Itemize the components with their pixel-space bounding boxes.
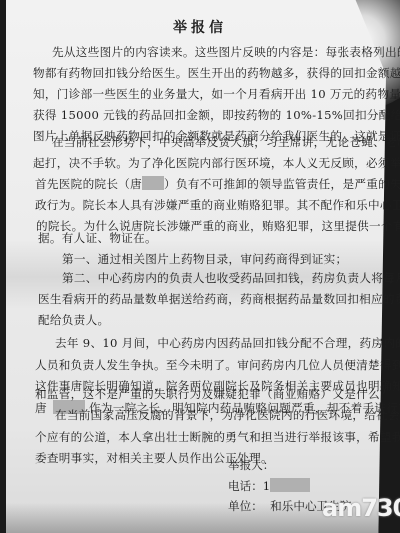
phone-line: 电话：1 bbox=[228, 476, 310, 497]
unit-label: 单位： bbox=[228, 499, 263, 513]
watermark-logo: am730 bbox=[322, 494, 400, 522]
signature-block: 举报人： 电话：1 单位： 和乐中心卫生院 bbox=[0, 0, 400, 533]
phone-label: 电话： bbox=[228, 479, 263, 493]
redacted-phone bbox=[270, 478, 310, 492]
reporter-label: 举报人： bbox=[228, 455, 274, 476]
phone-value: 1 bbox=[263, 479, 270, 493]
